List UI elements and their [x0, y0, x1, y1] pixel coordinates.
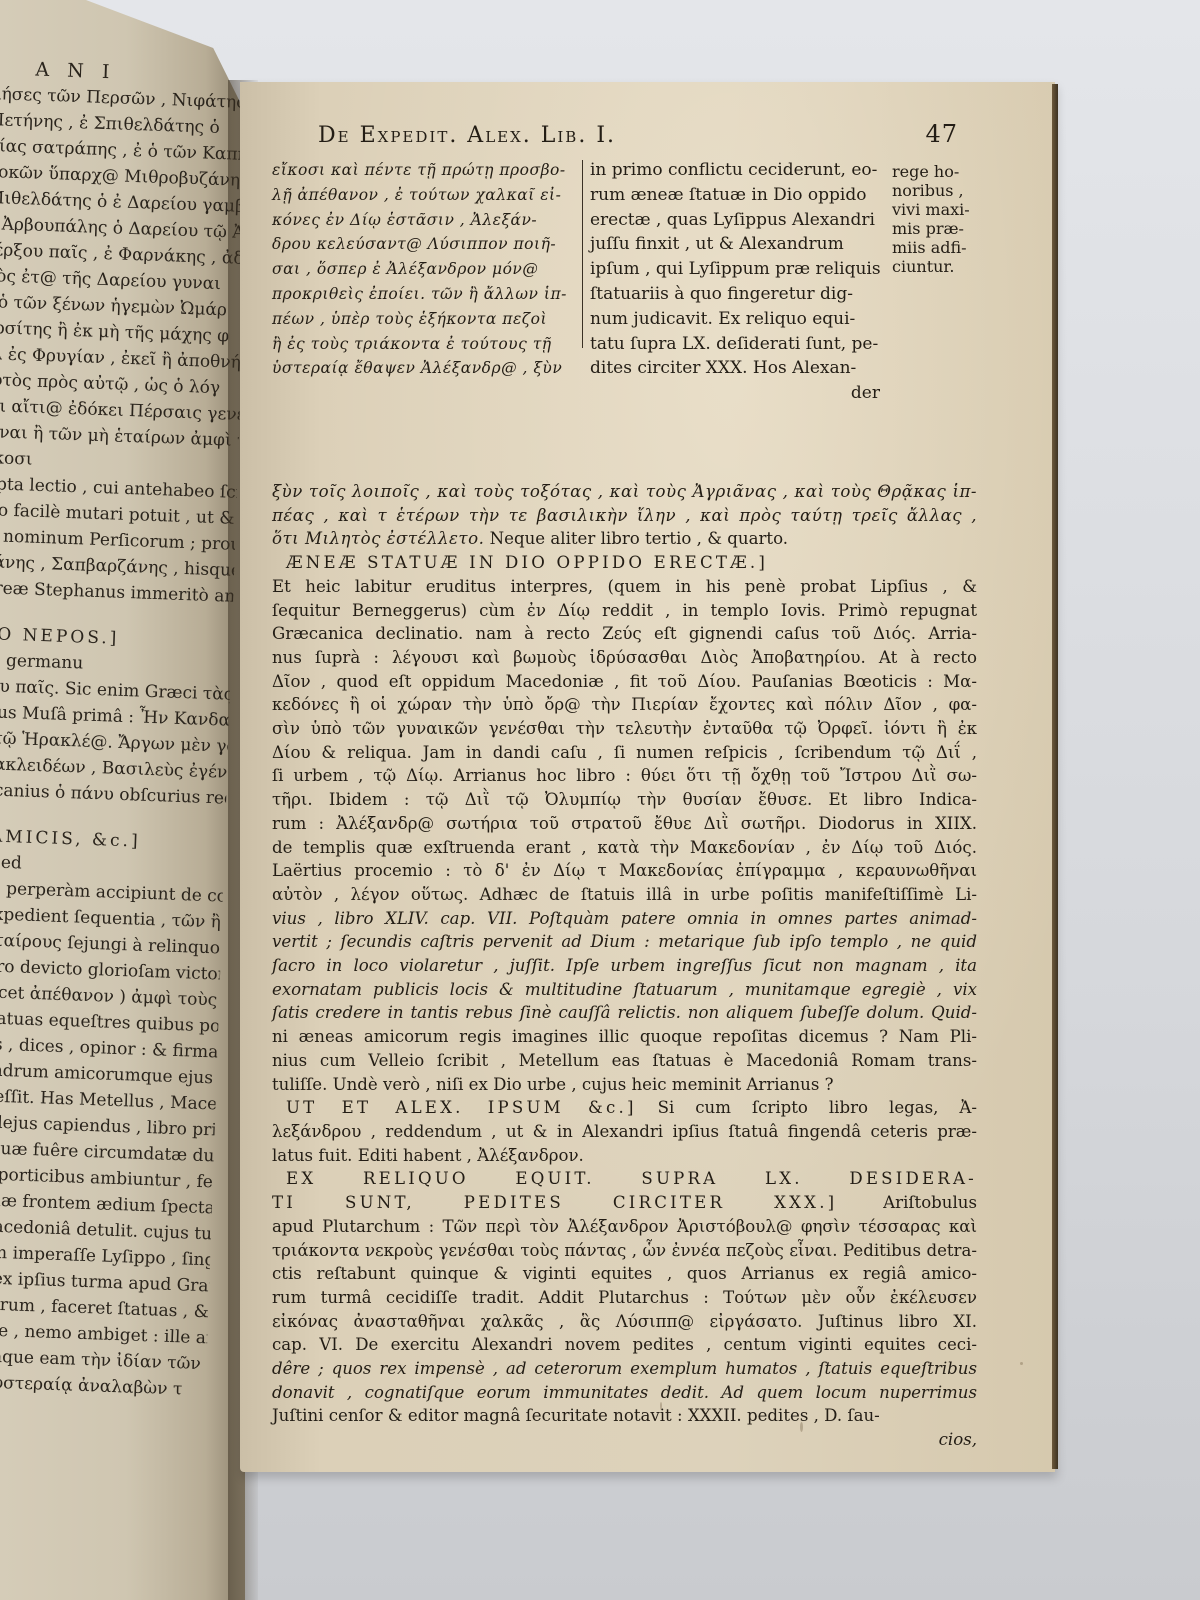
text-line: ni æneas amicorum regis imagines illic q… — [272, 1025, 977, 1049]
text-line: exornatam publicis locis & multitudine ſ… — [272, 978, 977, 1002]
lemma-text: O AMICIS, &c.] — [0, 826, 141, 852]
paper-spot — [1020, 1362, 1023, 1365]
text-line: tuliſſe. Undè verò , niſi ex Dio urbe , … — [272, 1073, 977, 1097]
text-line: εἴκοσι καὶ πέντε τῇ πρώτῃ προσβο- — [272, 158, 577, 183]
text-line: κεδόνες ἢ οἱ χώραν τὴν ὑπὸ ὄρ@ τὴν Πιερί… — [272, 693, 977, 717]
text-line: τῆρι. Ibidem : τῷ Διῒ τῷ Ὀλυμπίῳ τὴν θυσ… — [272, 788, 977, 812]
running-head: De Expedit. Alex. Lib. I. 47 — [318, 120, 958, 148]
text-line: Et heic labitur eruditus interpres, (que… — [272, 575, 977, 599]
commentary-notes: ξὺν τοῖς λοιποῖς , καὶ τοὺς τοξότας , κα… — [272, 480, 977, 1452]
left-page: A N I μήσες τῶν Περσῶν , Νιφάτης ὁΠετήνη… — [0, 0, 245, 1600]
text-line: dêre ; quos rex impensè , ad ceterorum e… — [272, 1357, 977, 1381]
text-line: Laërtius procemio : τὸ δ' ἐν Δίῳ τ Μακεδ… — [272, 859, 977, 883]
latin-translation-column: in primo conflictu ceciderunt, eo-rum æn… — [590, 158, 880, 406]
left-page-text: A N I μήσες τῶν Περσῶν , Νιφάτης ὁΠετήνη… — [0, 55, 245, 1403]
note-body-ex-reliquo: apud Plutarchum : Τῶν περὶ τὸν Ἀλέξανδρο… — [272, 1215, 977, 1428]
text-line: tatu ſupra LX. deſiderati ſunt, pe- — [590, 332, 880, 357]
text-line: ſatis credere in tantis rebus ſinè cauſſ… — [272, 1001, 977, 1025]
text-line: ipſum , qui Lyſippum præ reliquis — [590, 257, 880, 282]
note-body-ut-et-alex: λεξάνδρου , reddendum , ut & in Alexandr… — [272, 1120, 977, 1167]
text-line: miis adfi- — [892, 238, 977, 257]
page-block-edge — [1052, 84, 1058, 1469]
text-line: nius cum Velleio ſcribit , Metellum eas … — [272, 1049, 977, 1073]
running-head-title: De Expedit. Alex. Lib. I. — [318, 123, 616, 148]
text-line: πέων , ὑπὲρ τοὺς ἑξήκοντα πεζοὶ — [272, 307, 577, 332]
book-spread: A N I μήσες τῶν Περσῶν , Νιφάτης ὁΠετήνη… — [0, 0, 1200, 1600]
text-line: rum turmâ cecidiſſe tradit. Addit Plutar… — [272, 1286, 977, 1310]
greek-continuation-end: ὅτι Μιλητὸς ἐστέλλετο. Neque aliter libr… — [272, 527, 977, 551]
catchword: cios, — [272, 1428, 977, 1452]
text-line: Δίου & reliqua. Jam in dandi caſu , ſi n… — [272, 741, 977, 765]
text-line: ſacro in loco violaretur , juſſit. Ipſe … — [272, 954, 977, 978]
left-greek-block: μήσες τῶν Περσῶν , Νιφάτης ὁΠετήνης , ἐ … — [0, 81, 245, 480]
note-lemma-line-ut-et-alex: UT ET ALEX. IPSUM &c.] Si cum ſcripto li… — [272, 1096, 977, 1120]
note-lemma-line-ex-reliquo: TI SUNT, PEDITES CIRCITER XXX.] Ariſtobu… — [272, 1191, 977, 1215]
greek-continuation: ξὺν τοῖς λοιποῖς , καὶ τοὺς τοξότας , κα… — [272, 480, 977, 527]
text-line: noribus , — [892, 181, 977, 200]
text-line: ſtatuariis à quo fingeretur dig- — [590, 282, 880, 307]
text-line: Græcanica declinatio. nam à recto Ζεύς e… — [272, 622, 977, 646]
paper-spot — [660, 1402, 662, 1410]
text-line: λῇ ἀπέθανον , ἐ τούτων χαλκαῖ εἰ- — [272, 183, 577, 208]
text-line: δρου κελεύσαντ@ Λύσιππον ποιῆ- — [272, 232, 577, 257]
text-line: cap. VI. De exercitu Alexandri novem ped… — [272, 1333, 977, 1357]
note-lemma-ex-reliquo: EX RELIQUO EQUIT. SUPRA LX. DESIDERA- — [272, 1167, 977, 1191]
paper-spot — [800, 1422, 803, 1432]
text-line: rege ho- — [892, 162, 977, 181]
text-line: ſi urbem , τῷ Δίῳ. Arrianus hoc libro : … — [272, 764, 977, 788]
text-line: erectæ , quas Lyſippus Alexandri — [590, 208, 880, 233]
page-number: 47 — [925, 120, 958, 148]
text-line: ξὺν τοῖς λοιποῖς , καὶ τοὺς τοξότας , κα… — [272, 480, 977, 504]
left-lemma-nepos-lines: Hic germanuρξου παῖς. Sic enim Græci τὰς… — [0, 647, 231, 812]
text-line: πέας , καὶ τ ἑτέρων τὴν τε βασιλικὴν ἴλη… — [272, 504, 977, 528]
text-line: αὐτὸν , λέγον οὕτως. Adhæc de ſtatuis il… — [272, 883, 977, 907]
left-notes-block: rupta lectio , cui antehabeo ſcriptin o … — [0, 471, 237, 610]
text-line: rum æneæ ſtatuæ in Dio oppido — [590, 183, 880, 208]
text-line: ſequitur Berneggerus) cùm ἐν Δίῳ reddit … — [272, 599, 977, 623]
text-line: dites circiter XXX. Hos Alexan- — [590, 356, 880, 381]
text-line: vius , libro XLIV. cap. VII. Poſtquàm pa… — [272, 907, 977, 931]
text-line: κόνες ἐν Δίῳ ἑστᾶσιν , Ἀλεξάν- — [272, 208, 577, 233]
text-line: ὑστεραίᾳ ἔθαψεν Ἀλέξανδρ@ , ξὺν — [272, 356, 577, 381]
text-line: ciuntur. — [892, 257, 977, 276]
text-line: ἢ ἐς τοὺς τριάκοντα ἐ τούτους τῇ — [272, 332, 577, 357]
text-line: der — [590, 381, 880, 406]
text-line: latus fuit. Editi habent , Ἀλέξανδρον. — [272, 1144, 977, 1168]
text-line: vertit ; ſecundis caſtris pervenit ad Di… — [272, 930, 977, 954]
right-page: De Expedit. Alex. Lib. I. 47 εἴκοσι καὶ … — [240, 82, 1055, 1472]
text-line: rum : Ἀλέξανδρ@ σωτήρια τοῦ στρατοῦ ἔθυε… — [272, 812, 977, 836]
left-lemma-amicis-lines: Macedquæ perperàm accipiunt de copiuì ex… — [0, 849, 224, 1404]
text-line: λεξάνδρου , reddendum , ut & in Alexandr… — [272, 1120, 977, 1144]
text-line: τριάκοντα νεκροὺς γενέσθαι τοὺς πάντας ,… — [272, 1239, 977, 1263]
text-line: de templis quæ exſtruenda erant , κατὰ τ… — [272, 836, 977, 860]
text-line: num judicavit. Ex reliquo equi- — [590, 307, 880, 332]
text-line: Juſtini cenſor & editor magnâ ſecuritate… — [272, 1404, 977, 1428]
note-lemma-aeneae-statuae: ÆNEÆ STATUÆ IN DIO OPPIDO ERECTÆ.] — [272, 551, 977, 575]
text-line: apud Plutarchum : Τῶν περὶ τὸν Ἀλέξανδρο… — [272, 1215, 977, 1239]
text-line: nus ſuprà : λέγουσι καὶ βωμοὺς ἱδρύσασθα… — [272, 646, 977, 670]
text-line: σὶν ὑπὸ τῶν γυναικῶν γενέσθαι τὴν τελευτ… — [272, 717, 977, 741]
text-line: donavit , cognatiſque eorum immunitates … — [272, 1381, 977, 1405]
text-line: προκριθεὶς ἐποίει. τῶν ἢ ἄλλων ἱπ- — [272, 282, 577, 307]
lemma-text: RIO NEPOS.] — [0, 624, 120, 649]
text-line: mis præ- — [892, 219, 977, 238]
text-line: juſſu finxit , ut & Alexandrum — [590, 232, 880, 257]
text-line: ctis reſtabunt quinque & viginti equites… — [272, 1262, 977, 1286]
marginal-note: rege ho-noribus ,vivi maxi-mis præ-miis … — [892, 162, 977, 276]
text-line: vivi maxi- — [892, 200, 977, 219]
column-divider — [582, 160, 583, 348]
note-body-aeneae-statuae: Et heic labitur eruditus interpres, (que… — [272, 575, 977, 1096]
text-line: εἰκόνας ἀνασταθῆναι χαλκᾶς , ἃς Λύσιππ@ … — [272, 1310, 977, 1334]
text-line: Δῖον , quod eſt oppidum Macedoniæ , fit … — [272, 670, 977, 694]
greek-text-column: εἴκοσι καὶ πέντε τῇ πρώτῃ προσβο-λῇ ἀπέθ… — [272, 158, 577, 381]
text-line: σαι , ὅσπερ ἐ Ἀλέξανδρον μόν@ — [272, 257, 577, 282]
text-line: in primo conflictu ceciderunt, eo- — [590, 158, 880, 183]
